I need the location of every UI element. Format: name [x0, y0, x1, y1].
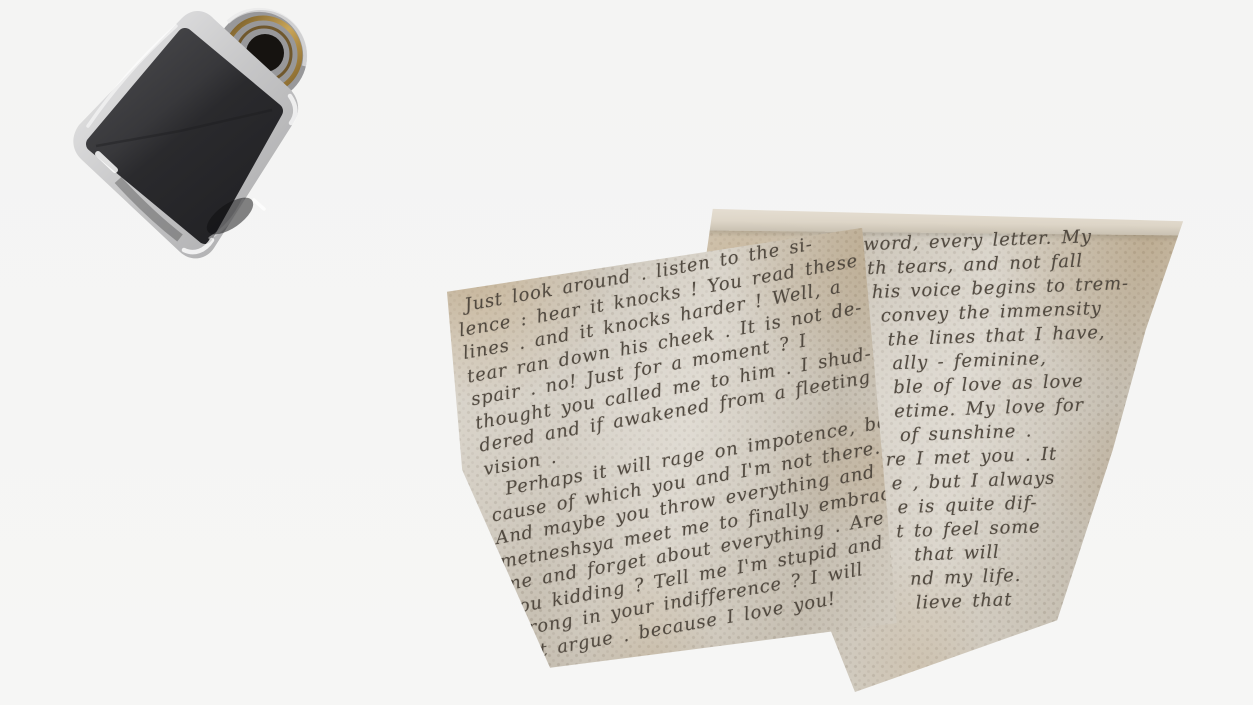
- ink-bottle: [58, 4, 318, 270]
- letter-left: Just look around . listen to the si- len…: [437, 210, 912, 680]
- scene: word, every letter. My th tears, and not…: [0, 0, 1253, 705]
